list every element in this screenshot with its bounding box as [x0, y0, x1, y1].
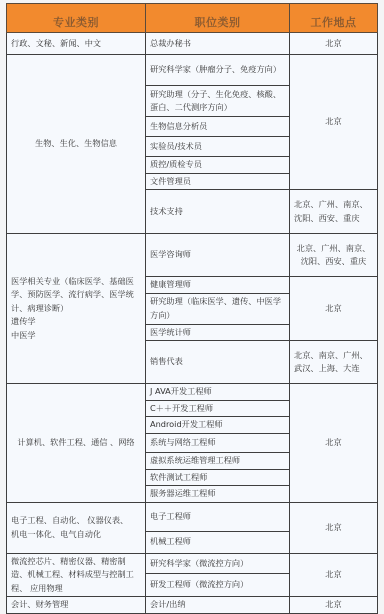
- location-cell: 北京、广州、南京、沈阳、西安、重庆: [290, 234, 378, 277]
- position-cell: 系统与网络工程师: [146, 433, 290, 452]
- location-cell: 北京: [290, 384, 378, 503]
- position-cell: 医学咨询师: [146, 234, 290, 277]
- position-cell: 虚拟系统运维管理工程师: [146, 452, 290, 469]
- major-cell: 微流控芯片、精密仪器、精密制造、机械工程、材料成型与控制工程、 应用物理: [7, 553, 146, 597]
- table-row: 行政、文秘、新闻、中文 总裁办秘书 北京: [7, 33, 378, 55]
- position-cell: 文件管理员: [146, 173, 290, 190]
- header-position: 职位类别: [146, 4, 290, 33]
- location-cell: 北京: [290, 553, 378, 597]
- table-row: 会计、财务管理 会计/出纳 北京: [7, 597, 378, 610]
- position-cell: 研发工程师（微流控方向）: [146, 574, 290, 597]
- position-cell: 电子工程师: [146, 502, 290, 531]
- position-cell: 质控/质检专员: [146, 157, 290, 174]
- table-row: 电子工程、自动化、 仪器仪表、 机电一体化、电气自动化 电子工程师 北京: [7, 502, 378, 531]
- location-cell: 北京、南京、广州、武汉、上海、大连: [290, 341, 378, 384]
- header-major: 专业类别: [7, 4, 146, 33]
- major-cell: 医学相关专业（临床医学、基础医学、预防医学、流行病学、医学统计、病理诊断） 遗传…: [7, 234, 146, 384]
- recruitment-table: 专业类别 职位类别 工作地点 行政、文秘、新闻、中文 总裁办秘书 北京 生物、生…: [6, 3, 378, 609]
- position-cell: 生物信息分析员: [146, 117, 290, 137]
- location-cell: 北京、广州、南京、沈阳、西安、重庆: [290, 190, 378, 234]
- position-cell: 服务器运维工程师: [146, 486, 290, 503]
- table-row: 微流控芯片、精密仪器、精密制造、机械工程、材料成型与控制工程、 应用物理 研究科…: [7, 553, 378, 574]
- major-cell: 会计、财务管理: [7, 597, 146, 610]
- location-cell: 北京: [290, 33, 378, 55]
- position-cell: 研究助理（临床医学、遗传、中医学方向）: [146, 293, 290, 324]
- table-row: 计算机、软件工程、通信 、网络 J AVA开发工程师 北京: [7, 384, 378, 401]
- position-cell: 软件测试工程师: [146, 469, 290, 486]
- position-cell: C＋＋开发工程师: [146, 400, 290, 417]
- position-cell: 研究科学家（肿瘤分子、免疫方向）: [146, 55, 290, 86]
- position-cell: 会计/出纳: [146, 597, 290, 610]
- major-cell: 行政、文秘、新闻、中文: [7, 33, 146, 55]
- position-cell: 研究科学家（微流控方向）: [146, 553, 290, 574]
- location-cell: 北京: [290, 502, 378, 553]
- position-cell: 实验员/技术员: [146, 137, 290, 157]
- location-cell: 北京: [290, 55, 378, 190]
- position-cell: Android开发工程师: [146, 417, 290, 434]
- table-row: 医学相关专业（临床医学、基础医学、预防医学、流行病学、医学统计、病理诊断） 遗传…: [7, 234, 378, 277]
- table-header-row: 专业类别 职位类别 工作地点: [7, 4, 378, 33]
- location-cell: 北京: [290, 597, 378, 610]
- position-cell: J AVA开发工程师: [146, 384, 290, 401]
- position-cell: 健康管理师: [146, 277, 290, 294]
- position-cell: 总裁办秘书: [146, 33, 290, 55]
- position-cell: 销售代表: [146, 341, 290, 384]
- table-row: 生物、生化、生物信息 研究科学家（肿瘤分子、免疫方向） 北京: [7, 55, 378, 86]
- position-cell: 技术支持: [146, 190, 290, 234]
- location-cell: 北京: [290, 277, 378, 341]
- major-cell: 计算机、软件工程、通信 、网络: [7, 384, 146, 503]
- recruitment-table-container: 专业类别 职位类别 工作地点 行政、文秘、新闻、中文 总裁办秘书 北京 生物、生…: [6, 3, 377, 609]
- position-cell: 医学统计师: [146, 324, 290, 341]
- position-cell: 研究助理（分子、生化免疫、核酸、蛋白、二代测序方向）: [146, 86, 290, 117]
- major-cell: 电子工程、自动化、 仪器仪表、 机电一体化、电气自动化: [7, 502, 146, 553]
- header-location: 工作地点: [290, 4, 378, 33]
- major-cell: 生物、生化、生物信息: [7, 55, 146, 234]
- position-cell: 机械工程师: [146, 531, 290, 553]
